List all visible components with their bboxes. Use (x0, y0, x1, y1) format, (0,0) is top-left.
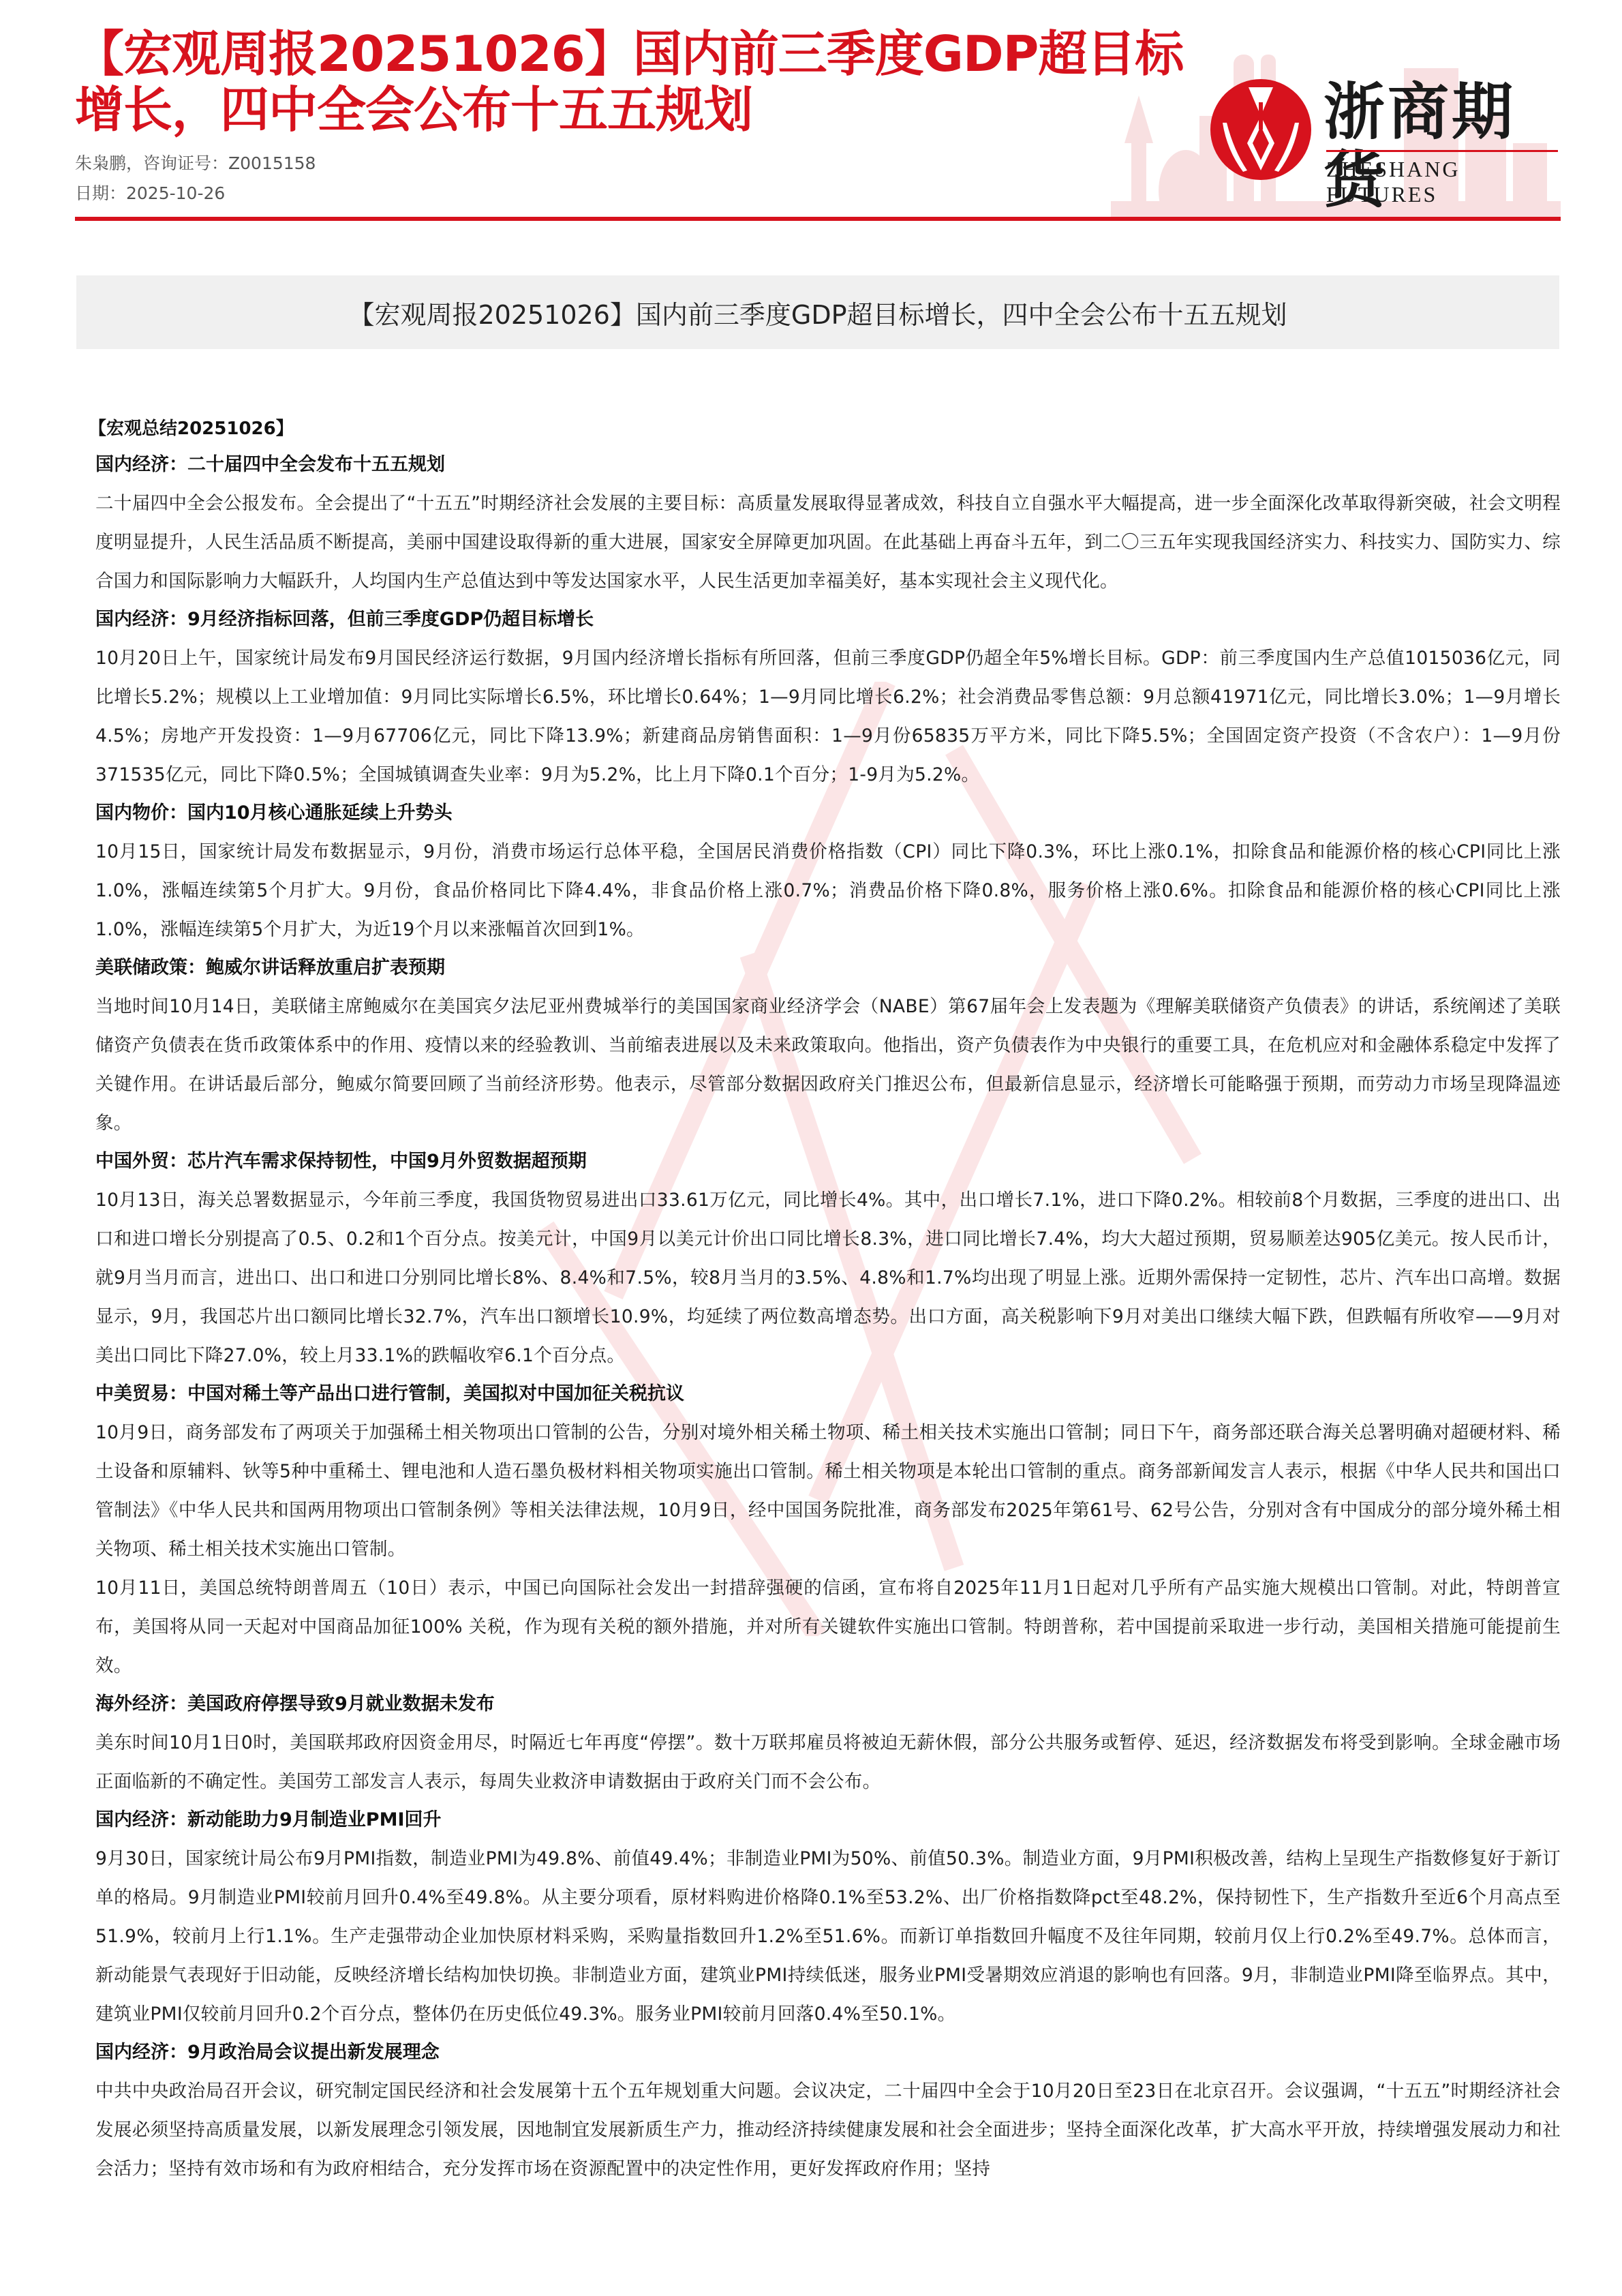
section-heading: 国内物价：国内10月核心通胀延续上升势头 (95, 794, 1561, 832)
company-logo: 浙商期货 ZHESHANG FUTURES (1206, 75, 1561, 184)
section-us-china-trade: 中美贸易：中国对稀土等产品出口进行管制，美国拟对中国加征关税抗议 10月9日，商… (95, 1375, 1561, 1685)
section-heading: 国内经济：新动能助力9月制造业PMI回升 (95, 1801, 1561, 1839)
section-paragraph: 10月11日，美国总统特朗普周五（10日）表示，中国已向国际社会发出一封措辞强硬… (95, 1569, 1561, 1685)
section-heading: 美联储政策：鲍威尔讲话释放重启扩表预期 (95, 949, 1561, 987)
logo-divider (1326, 150, 1558, 152)
zheshang-logo-icon (1206, 75, 1315, 184)
summary-label: 【宏观总结20251026】 (89, 412, 1561, 446)
section-domestic-plenum: 国内经济：二十届四中全会发布十五五规划 二十届四中全会公报发布。全会提出了“十五… (95, 446, 1561, 601)
section-china-trade: 中国外贸：芯片汽车需求保持韧性，中国9月外贸数据超预期 10月13日，海关总署数… (95, 1143, 1561, 1375)
section-domestic-pmi: 国内经济：新动能助力9月制造业PMI回升 9月30日，国家统计局公布9月PMI指… (95, 1801, 1561, 2034)
section-paragraph: 10月13日，海关总署数据显示，今年前三季度，我国货物贸易进出口33.61万亿元… (95, 1181, 1561, 1375)
section-paragraph: 二十届四中全会公报发布。全会提出了“十五五”时期经济社会发展的主要目标：高质量发… (95, 484, 1561, 601)
section-paragraph: 9月30日，国家统计局公布9月PMI指数，制造业PMI为49.8%、前值49.4… (95, 1839, 1561, 2034)
section-overseas-economy: 海外经济：美国政府停摆导致9月就业数据未发布 美东时间10月1日0时，美国联邦政… (95, 1685, 1561, 1801)
author-info: 朱枭鹏，咨询证号：Z0015158 (75, 150, 316, 175)
report-banner: 【宏观周报20251026】国内前三季度GDP超目标增长，四中全会公布十五五规划 (76, 275, 1559, 349)
section-heading: 中美贸易：中国对稀土等产品出口进行管制，美国拟对中国加征关税抗议 (95, 1375, 1561, 1413)
section-heading: 国内经济：二十届四中全会发布十五五规划 (95, 446, 1561, 484)
banner-title: 【宏观周报20251026】国内前三季度GDP超目标增长，四中全会公布十五五规划 (348, 294, 1287, 331)
section-paragraph: 当地时间10月14日，美联储主席鲍威尔在美国宾夕法尼亚州费城举行的美国国家商业经… (95, 987, 1561, 1143)
section-politburo-meeting: 国内经济：9月政治局会议提出新发展理念 中共中央政治局召开会议，研究制定国民经济… (95, 2034, 1561, 2188)
section-paragraph: 美东时间10月1日0时，美国联邦政府因资金用尽，时隔近七年再度“停摆”。数十万联… (95, 1723, 1561, 1801)
header-divider (75, 217, 1561, 221)
section-paragraph: 10月20日上午，国家统计局发布9月国民经济运行数据，9月国内经济增长指标有所回… (95, 639, 1561, 794)
report-date: 日期：2025-10-26 (75, 180, 225, 205)
report-content: 【宏观总结20251026】 国内经济：二十届四中全会发布十五五规划 二十届四中… (95, 412, 1561, 2188)
section-fed-policy: 美联储政策：鲍威尔讲话释放重启扩表预期 当地时间10月14日，美联储主席鲍威尔在… (95, 949, 1561, 1143)
section-heading: 海外经济：美国政府停摆导致9月就业数据未发布 (95, 1685, 1561, 1723)
section-paragraph: 10月15日，国家统计局发布数据显示，9月份，消费市场运行总体平稳，全国居民消费… (95, 832, 1561, 949)
section-domestic-gdp: 国内经济：9月经济指标回落，但前三季度GDP仍超目标增长 10月20日上午，国家… (95, 601, 1561, 794)
section-paragraph: 10月9日，商务部发布了两项关于加强稀土相关物项出口管制的公告，分别对境外相关稀… (95, 1413, 1561, 1569)
section-paragraph: 中共中央政治局召开会议，研究制定国民经济和社会发展第十五个五年规划重大问题。会议… (95, 2072, 1561, 2188)
logo-english-name: ZHESHANG FUTURES (1326, 157, 1561, 207)
section-heading: 中国外贸：芯片汽车需求保持韧性，中国9月外贸数据超预期 (95, 1143, 1561, 1181)
section-domestic-prices: 国内物价：国内10月核心通胀延续上升势头 10月15日，国家统计局发布数据显示，… (95, 794, 1561, 949)
section-heading: 国内经济：9月政治局会议提出新发展理念 (95, 2034, 1561, 2072)
section-heading: 国内经济：9月经济指标回落，但前三季度GDP仍超目标增长 (95, 601, 1561, 639)
